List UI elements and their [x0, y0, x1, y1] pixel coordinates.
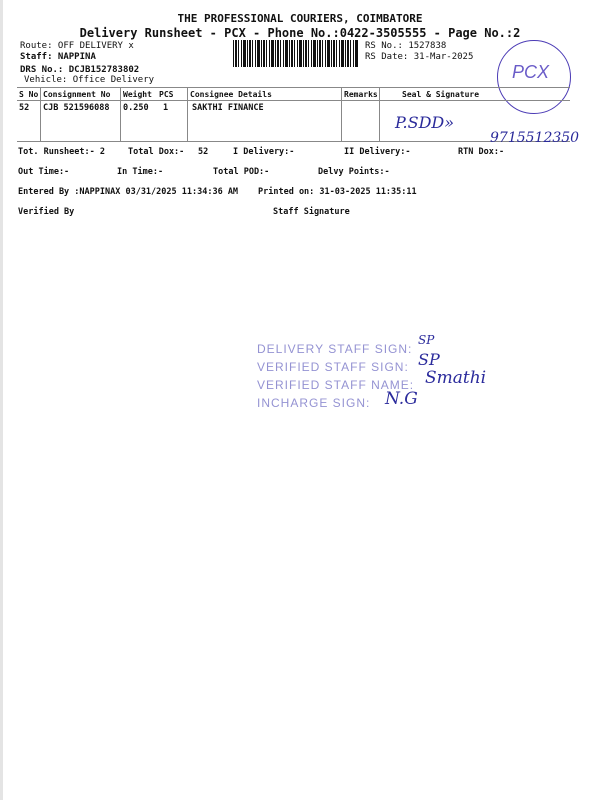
col-header-consignment: Consignment No	[43, 90, 110, 99]
col-divider	[341, 87, 342, 142]
col-header-remarks: Remarks	[344, 90, 378, 99]
total-pod: Total POD:-	[213, 167, 269, 177]
col-header-weight: Weight	[123, 90, 152, 99]
col-divider	[120, 87, 121, 142]
col-divider	[40, 87, 41, 142]
rtn-dox: RTN Dox:-	[458, 147, 504, 157]
staff-signature-label: Staff Signature	[273, 207, 350, 217]
col-divider	[379, 87, 380, 142]
col-header-sno: S No	[19, 90, 38, 99]
drs-no-label: DRS No.: DCJB152783802	[20, 65, 139, 75]
runsheet-page: THE PROFESSIONAL COURIERS, COIMBATORE De…	[0, 0, 600, 800]
col-header-consignee: Consignee Details	[190, 90, 272, 99]
in-time: In Time:-	[117, 167, 163, 177]
tot-runsheet: Tot. Runsheet:- 2	[18, 147, 105, 157]
rs-date-label: RS Date: 31-Mar-2025	[365, 52, 473, 62]
delvy-points: Delvy Points:-	[318, 167, 390, 177]
cell-consignment: CJB 521596088	[43, 103, 110, 113]
total-dox-label: Total Dox:-	[128, 147, 184, 157]
hand-sign-2: SP	[418, 350, 440, 369]
cell-pcs: 1	[163, 103, 168, 113]
runsheet-subtitle: Delivery Runsheet - PCX - Phone No.:0422…	[0, 26, 600, 40]
out-time: Out Time:-	[18, 167, 69, 177]
total-dox-value: 52	[198, 147, 208, 157]
vehicle-label: Vehicle: Office Delivery	[24, 75, 154, 85]
barcode	[233, 40, 358, 67]
cell-weight: 0.250	[123, 103, 149, 113]
col-header-pcs: PCS	[159, 90, 173, 99]
cell-consignee: SAKTHI FINANCE	[192, 103, 264, 113]
ii-delivery: II Delivery:-	[344, 147, 411, 157]
table-top-border	[17, 87, 570, 88]
table-bottom-border	[17, 141, 570, 142]
printed-on: Printed on: 31-03-2025 11:35:11	[258, 187, 417, 197]
hand-sign-1: SP	[418, 333, 434, 347]
col-divider	[187, 87, 188, 142]
i-delivery: I Delivery:-	[233, 147, 294, 157]
cell-sno: 52	[19, 103, 29, 113]
hand-sign-4: N.G	[385, 389, 418, 409]
hand-sign-3: Smathi	[425, 368, 486, 388]
col-header-seal: Seal & Signature	[402, 90, 479, 99]
staff-label: Staff: NAPPINA	[20, 52, 96, 62]
stamp-line-delivery-staff: DELIVERY STAFF SIGN:	[257, 340, 414, 358]
stamp-line-verified-sign: VERIFIED STAFF SIGN:	[257, 358, 414, 376]
route-label: Route: OFF DELIVERY x	[20, 41, 134, 51]
entered-by: Entered By :NAPPINAX 03/31/2025 11:34:36…	[18, 187, 238, 197]
handwritten-signature: P.SDD»	[395, 113, 454, 132]
rs-no-label: RS No.: 1527838	[365, 41, 446, 51]
company-title: THE PROFESSIONAL COURIERS, COIMBATORE	[0, 12, 600, 25]
pcx-stamp-text: PCX	[512, 62, 549, 83]
scan-edge	[0, 0, 3, 800]
handwritten-phone: 9715512350	[490, 130, 579, 146]
table-header-border	[17, 100, 570, 101]
verified-by: Verified By	[18, 207, 74, 217]
